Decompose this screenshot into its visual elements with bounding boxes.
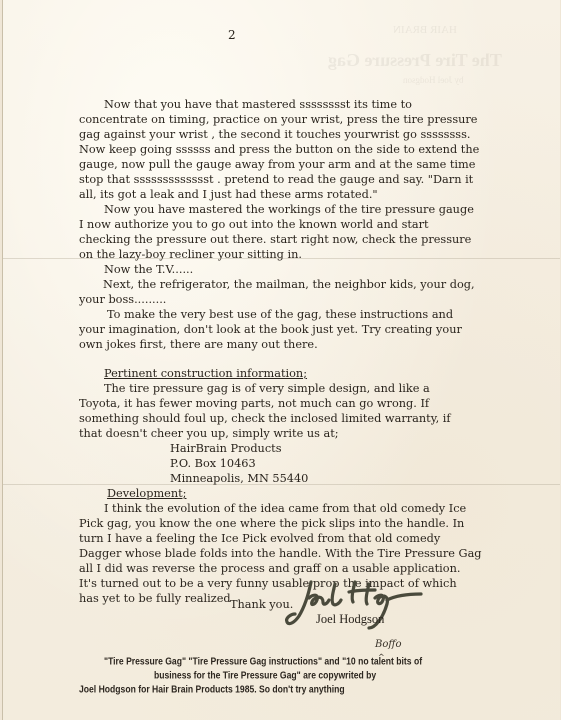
- paragraph-line: concentrate on timing, practice on your …: [79, 112, 478, 127]
- paragraph-line: turn I have a feeling the Ice Pick evolv…: [79, 531, 440, 546]
- paragraph-line: gag against your wrist , the second it t…: [79, 127, 470, 142]
- copyright-line: Joel Hodgson for Hair Brain Products 198…: [79, 681, 345, 698]
- paragraph-line: Now the T.V......: [104, 262, 193, 277]
- paragraph-line: stop that ssssssssssssst . pretend to re…: [79, 172, 473, 187]
- paragraph-line: checking the pressure out there. start r…: [79, 232, 471, 247]
- paragraph-line: I think the evolution of the idea came f…: [104, 501, 466, 516]
- paragraph-line: The tire pressure gag is of very simple …: [104, 381, 430, 396]
- address-line: Minneapolis, MN 55440: [170, 471, 308, 486]
- page-number: 2: [228, 28, 236, 43]
- signatory-name: Joel Hodgson: [316, 612, 384, 627]
- paragraph-line: has yet to be fully realized: [79, 591, 231, 606]
- paragraph-line: all I did was reverse the process and gr…: [79, 561, 460, 576]
- address-line: HairBrain Products: [170, 441, 282, 456]
- paragraph-line: your imagination, don't look at the book…: [79, 322, 462, 337]
- paragraph-line: your boss.........: [79, 292, 166, 307]
- paragraph-line: To make the very best use of the gag, th…: [107, 307, 453, 322]
- paragraph-line: that doesn't cheer you up, simply write …: [79, 426, 339, 441]
- paragraph-line: own jokes first, there are many out ther…: [79, 337, 318, 352]
- paragraph-line: gauge, now pull the gauge away from your…: [79, 157, 475, 172]
- paragraph-line: Toyota, it has fewer moving parts, not m…: [79, 396, 429, 411]
- paragraph-line: on the lazy-boy recliner your sitting in…: [79, 247, 302, 262]
- paragraph-line: I now authorize you to go out into the k…: [79, 217, 429, 232]
- paragraph-line: Now that you have that mastered ssssssss…: [104, 97, 412, 112]
- paragraph-line: Next, the refrigerator, the mailman, the…: [103, 277, 475, 292]
- paragraph-line: Dagger whose blade folds into the handle…: [79, 546, 482, 561]
- section-heading-development: Development;: [107, 486, 186, 501]
- paragraph-line: something should foul up, check the incl…: [79, 411, 451, 426]
- paragraph-line: Pick gag, you know the one where the pic…: [79, 516, 464, 531]
- section-heading-construction: Pertinent construction information;: [104, 366, 307, 381]
- paragraph-line: Now keep going ssssss and press the butt…: [79, 142, 479, 157]
- document-page: 2 Now that you have that mastered ssssss…: [0, 0, 561, 720]
- address-line: P.O. Box 10463: [170, 456, 256, 471]
- paragraph-line: Now you have mastered the workings of th…: [104, 202, 474, 217]
- paragraph-line: all, its got a leak and I just had these…: [79, 187, 378, 202]
